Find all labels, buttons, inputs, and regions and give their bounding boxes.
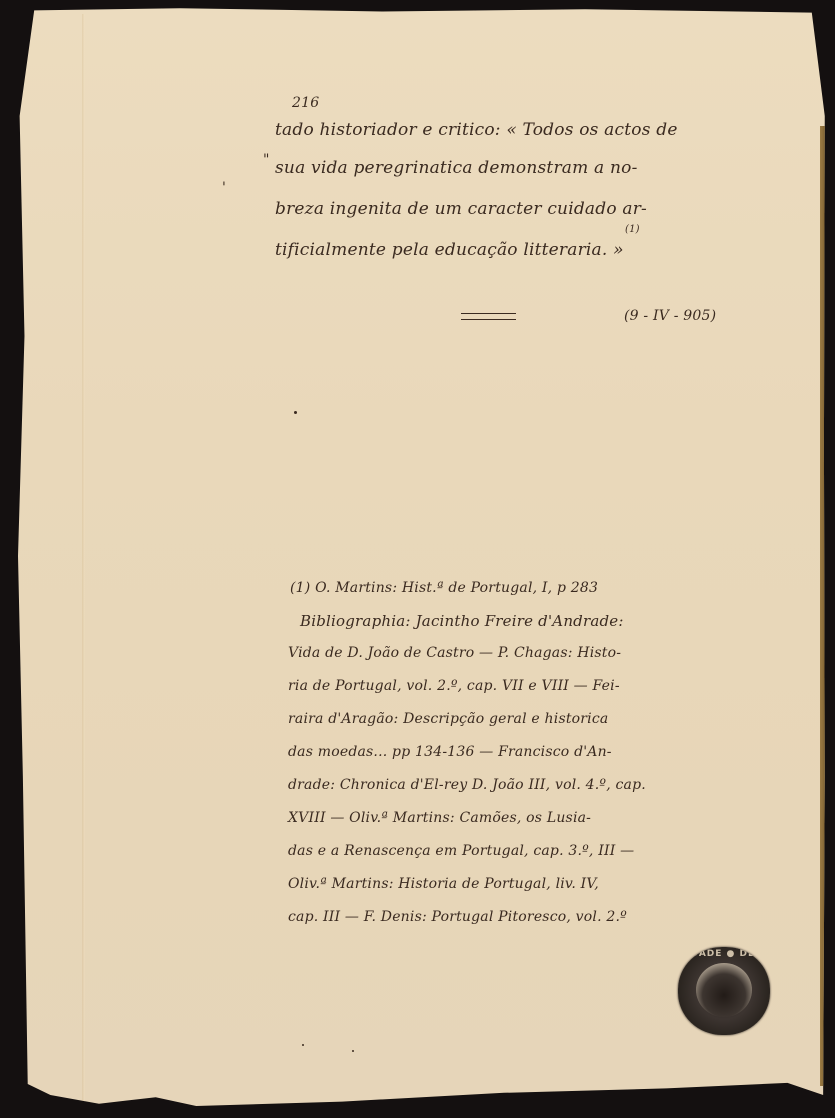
footnote-line-9: das e a Renascença em Portugal, cap. 3.º…: [288, 843, 634, 859]
section-divider-double-rule: [461, 313, 516, 320]
page-number: 216: [292, 95, 319, 111]
footnote-line-2: Bibliographia: Jacintho Freire d'Andrade…: [300, 612, 624, 630]
body-line-3: breza ingenita de um caracter cuidado ar…: [275, 199, 647, 219]
page-fold-crease: [82, 14, 85, 1104]
ink-speck: [302, 1044, 304, 1046]
footnote-line-1: (1) O. Martins: Hist.ª de Portugal, I, p…: [290, 580, 598, 596]
footnote-reference-marker: (1): [625, 224, 640, 235]
stamp-text: IDADE ● DE: [686, 949, 755, 959]
footnote-line-6: das moedas... pp 134-136 — Francisco d'A…: [288, 744, 612, 760]
footnote-line-10: Oliv.ª Martins: Historia de Portugal, li…: [288, 876, 599, 892]
stamp-emblem: [696, 963, 752, 1017]
ink-speck: [294, 411, 297, 414]
footnote-line-4: ria de Portugal, vol. 2.º, cap. VII e VI…: [288, 678, 620, 694]
book-spine-edge: [820, 126, 828, 1086]
body-line-1: tado historiador e critico: « Todos os a…: [275, 120, 678, 140]
library-seal-stamp: IDADE ● DE: [678, 947, 770, 1035]
margin-stray-mark: ': [222, 180, 226, 196]
footnote-line-11: cap. III — F. Denis: Portugal Pitoresco,…: [288, 909, 627, 925]
ink-speck: [352, 1050, 354, 1052]
footnote-line-5: raira d'Aragão: Descripção geral e histo…: [288, 711, 608, 727]
margin-quote-mark: ": [263, 152, 270, 168]
footnote-line-3: Vida de D. João de Castro — P. Chagas: H…: [288, 645, 621, 661]
footnote-line-7: drade: Chronica d'El-rey D. João III, vo…: [288, 777, 646, 793]
body-line-4: tificialmente pela educação litteraria. …: [275, 240, 624, 260]
date-note: (9 - IV - 905): [624, 308, 716, 324]
footnote-line-8: XVIII — Oliv.ª Martins: Camões, os Lusia…: [288, 810, 591, 826]
body-line-2: sua vida peregrinatica demonstram a no-: [275, 158, 638, 178]
